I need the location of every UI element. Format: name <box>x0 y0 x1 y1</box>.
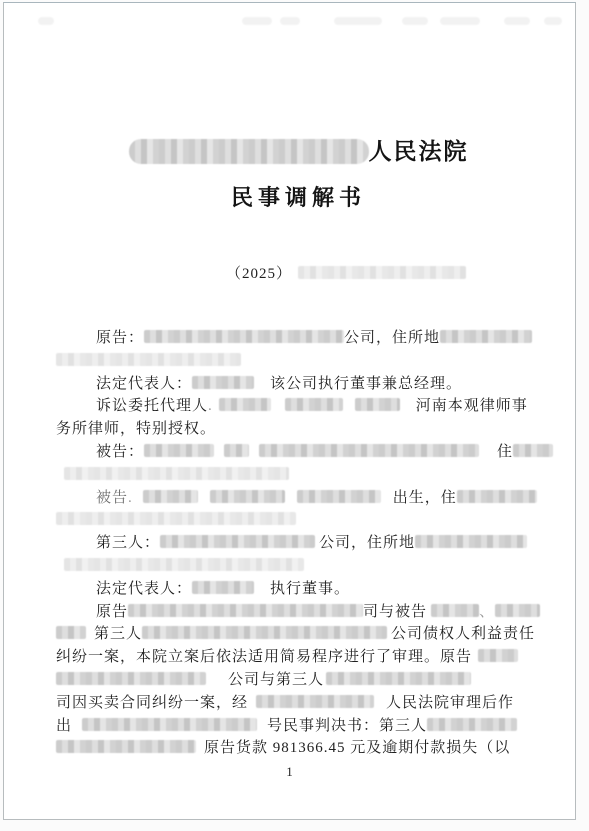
case-summary-line-7: 原告货款 981366.45 元及逾期付款损失（以 <box>56 737 541 760</box>
redacted-text <box>440 330 532 343</box>
text-run: 民事调解书 <box>231 185 366 210</box>
spacer <box>214 455 224 456</box>
text-run: 司因买卖合同纠纷一案，经 <box>56 695 248 711</box>
redacted-text <box>56 512 296 525</box>
text-run: 公司与第三人 <box>228 672 324 688</box>
redacted-text <box>210 490 285 503</box>
text-run: . <box>128 490 133 506</box>
redacted-text <box>192 376 254 389</box>
defendant1-address-continuation <box>56 464 541 487</box>
smudge-mark <box>38 17 54 25</box>
spacer <box>206 683 228 684</box>
text-run: 公司，住所地 <box>344 330 440 346</box>
redacted-text <box>478 649 518 662</box>
text-run: 、 <box>479 604 495 620</box>
screenshot-viewport: 人民法院民事调解书（2025）原告：公司，住所地法定代表人：该公司执行董事兼总经… <box>0 0 589 831</box>
redacted-text <box>298 266 466 279</box>
redacted-text <box>56 353 241 366</box>
redacted-text <box>64 558 304 571</box>
redacted-text <box>224 444 249 457</box>
spacer <box>400 409 416 410</box>
document-body: 人民法院民事调解书（2025）原告：公司，住所地法定代表人：该公司执行董事兼总经… <box>4 3 575 760</box>
case-summary-line-4: 公司与第三人 <box>56 669 541 692</box>
document-title: 民事调解书 <box>56 183 541 213</box>
text-run: 第三人： <box>96 535 160 551</box>
redacted-text <box>326 672 471 685</box>
smudge-mark <box>242 17 272 25</box>
text-run: 第三人 <box>94 626 142 642</box>
redacted-text <box>259 444 479 457</box>
text-run: 出 <box>56 718 72 734</box>
page-number: 1 <box>4 764 575 780</box>
redacted-text <box>129 139 369 164</box>
text-run: 公司债权人利益责任 <box>391 626 535 642</box>
smudge-mark <box>402 17 428 25</box>
spacer <box>254 387 270 388</box>
text-run: 被告： <box>96 444 144 460</box>
third-party-line: 第三人：公司，住所地 <box>56 532 541 555</box>
text-run: 河南本观律师事 <box>416 398 528 414</box>
spacer <box>479 455 497 456</box>
text-run: 法定代表人： <box>96 581 192 597</box>
redacted-text <box>142 626 387 639</box>
smudge-mark <box>544 17 562 25</box>
third-party-representative-line: 法定代表人：执行董事。 <box>56 578 541 601</box>
text-run: 司与被告 <box>363 604 427 620</box>
smudge-mark <box>280 17 300 25</box>
text-run: 原告货款 981366.45 元及逾期付款损失（以 <box>204 740 510 756</box>
text-run: 原告： <box>96 330 144 346</box>
redacted-text <box>160 535 315 548</box>
redacted-text <box>144 444 214 457</box>
plaintiff-line: 原告：公司，住所地 <box>56 327 541 350</box>
case-summary-line-6: 出号民事判决书：第三人 <box>56 715 541 738</box>
document-page: 人民法院民事调解书（2025）原告：公司，住所地法定代表人：该公司执行董事兼总经… <box>3 2 576 820</box>
plaintiff-address-continuation <box>56 350 541 373</box>
spacer <box>374 706 386 707</box>
spacer <box>86 637 94 638</box>
text-run: 原告 <box>96 604 128 620</box>
redacted-text <box>64 467 289 480</box>
text-run: 纠纷一案，本院立案后依法适用简易程序进行了审理。原告 <box>56 649 472 665</box>
litigation-agent-line: 诉讼委托代理人.河南本观律师事 <box>56 395 541 418</box>
redacted-text <box>297 490 381 503</box>
redacted-text <box>256 695 374 708</box>
scan-artifact-smudges <box>4 17 575 27</box>
redacted-text <box>192 581 254 594</box>
redacted-text <box>128 604 363 617</box>
text-run: 人民法院 <box>369 139 469 164</box>
legal-representative-line: 法定代表人：该公司执行董事兼总经理。 <box>56 373 541 396</box>
smudge-mark <box>504 17 530 25</box>
case-summary-line-1: 原告司与被告、 <box>56 601 541 624</box>
defendant1-line: 被告：住 <box>56 441 541 464</box>
case-summary-line-2: 第三人公司债权人利益责任 <box>56 623 541 646</box>
text-run: 执行董事。 <box>270 581 350 597</box>
spacer <box>254 592 270 593</box>
defendant2-address-continuation <box>56 509 541 532</box>
redacted-text <box>457 490 537 503</box>
spacer <box>248 706 256 707</box>
redacted-text <box>415 535 527 548</box>
redacted-text <box>56 626 86 639</box>
text-run: 务所律师，特别授权。 <box>56 421 216 437</box>
spacer <box>213 409 219 410</box>
spacer <box>271 409 285 410</box>
spacer <box>381 501 393 502</box>
spacer <box>196 751 204 752</box>
redacted-text <box>82 718 257 731</box>
spacer <box>72 729 82 730</box>
case-number-line: （2025） <box>56 265 541 283</box>
spacer <box>343 409 355 410</box>
case-summary-line-5: 司因买卖合同纠纷一案，经人民法院审理后作 <box>56 692 541 715</box>
text-run: （2025） <box>226 266 292 282</box>
text-run: 被告 <box>96 490 128 506</box>
case-summary-line-3: 纠纷一案，本院立案后依法适用简易程序进行了审理。原告 <box>56 646 541 669</box>
spacer <box>257 729 267 730</box>
text-run: . <box>208 398 213 414</box>
spacer <box>249 455 259 456</box>
text-run: 住 <box>497 444 513 460</box>
third-party-address-continuation <box>56 555 541 578</box>
redacted-text <box>431 604 479 617</box>
redacted-text <box>144 330 344 343</box>
text-run: 法定代表人： <box>96 376 192 392</box>
redacted-text <box>56 740 196 753</box>
text-run: 人民法院审理后作 <box>386 695 514 711</box>
litigation-agent-continuation: 务所律师，特别授权。 <box>56 418 541 441</box>
redacted-text <box>513 444 553 457</box>
redacted-text <box>427 718 517 731</box>
defendant2-line: 被告.出生，住 <box>56 487 541 510</box>
redacted-text <box>495 604 540 617</box>
spacer <box>56 478 64 479</box>
text-run: 诉讼委托代理人 <box>96 398 208 414</box>
spacer <box>56 569 64 570</box>
redacted-text <box>285 398 343 411</box>
redacted-text <box>219 398 271 411</box>
text-run: 出生，住 <box>393 490 457 506</box>
redacted-text <box>143 490 198 503</box>
court-title-line: 人民法院 <box>56 135 541 169</box>
spacer <box>198 501 210 502</box>
spacer <box>133 501 143 502</box>
redacted-text <box>56 672 206 685</box>
redacted-text <box>355 398 400 411</box>
text-run: 号民事判决书：第三人 <box>267 718 427 734</box>
spacer <box>285 501 297 502</box>
smudge-mark <box>334 17 382 25</box>
text-run: 该公司执行董事兼总经理。 <box>270 376 462 392</box>
text-run: 公司，住所地 <box>319 535 415 551</box>
smudge-mark <box>440 17 480 25</box>
